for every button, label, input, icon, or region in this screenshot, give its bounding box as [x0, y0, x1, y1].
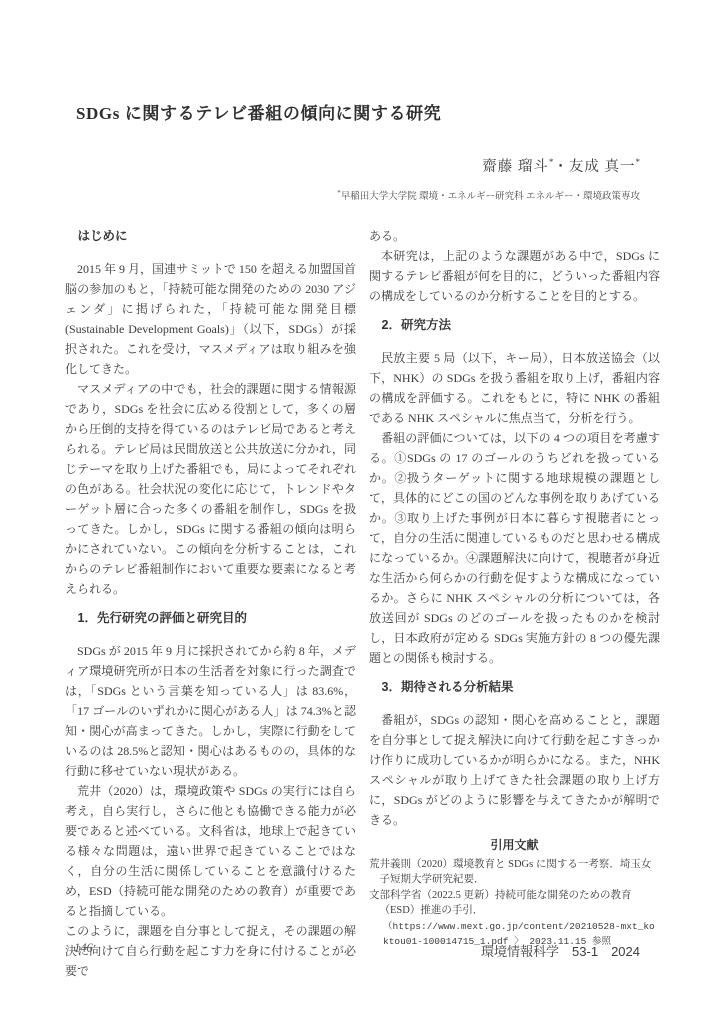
page-number: 146 — [74, 941, 93, 956]
paragraph: 荒井（2020）は，環境政策や SDGs の実行には自ら考え，自ら実行し，さらに… — [65, 781, 356, 921]
paragraph: SDGs が 2015 年 9 月に採択されてから約 8 年，メディア環境研究所… — [65, 641, 356, 781]
author-name-1: 齋藤 瑠斗 — [482, 159, 549, 175]
paragraph: マスメディアの中でも，社会的課題に関する情報源であり，SDGs を社会に広める役… — [65, 379, 356, 599]
two-column-body: はじめに 2015 年 9 月，国連サミットで 150 を超える加盟国首脳の参加… — [65, 226, 661, 981]
paragraph: 2015 年 9 月，国連サミットで 150 を超える加盟国首脳の参加のもと，「… — [65, 259, 356, 379]
author-separator: ・ — [553, 159, 569, 175]
paper-page: SDGs に関するテレビ番組の傾向に関する研究 齋藤 瑠斗*・友成 真一* *早… — [0, 0, 717, 1012]
heading-introduction: はじめに — [65, 226, 356, 246]
column-left: はじめに 2015 年 9 月，国連サミットで 150 を超える加盟国首脳の参加… — [65, 226, 356, 981]
references-heading: 引用文献 — [369, 838, 660, 854]
author-2-affiliation-mark: * — [636, 157, 641, 167]
reference-entry: 文部科学省（2022.5 更新）持続可能な開発のための教育（ESD）推進の手引． — [369, 888, 660, 919]
paragraph: 番組の評価については，以下の 4 つの項目を考慮する。①SDGs の 17 のゴ… — [369, 428, 660, 668]
paragraph: 民放主要 5 局（以下，キー局），日本放送協会（以下，NHK）の SDGs を扱… — [369, 348, 660, 428]
journal-footer: 環境情報科学 53-1 2024 — [481, 941, 640, 960]
paragraph-continuation: ある。 — [369, 226, 660, 246]
heading-section-3: 3．期待される分析結果 — [369, 677, 660, 697]
column-right: ある。 本研究は，上記のような課題がある中で，SDGs に関するテレビ番組が何を… — [369, 226, 660, 981]
heading-section-1: 1．先行研究の評価と研究目的 — [65, 608, 356, 628]
paragraph: 本研究は，上記のような課題がある中で，SDGs に関するテレビ番組が何を目的に，… — [369, 246, 660, 306]
authors-line: 齋藤 瑠斗*・友成 真一* — [482, 155, 640, 176]
affiliation-line: *早稲田大学大学院 環境・エネルギー研究科 エネルギー・環境政策専攻 — [337, 188, 640, 202]
references-section: 引用文献 荒井義則（2020）環境教育と SDGs に関する一考察．埼玉女子短期… — [369, 838, 660, 950]
affiliation-text: 早稲田大学大学院 環境・エネルギー研究科 エネルギー・環境政策専攻 — [341, 192, 640, 202]
paragraph: 番組が，SDGs の認知・関心を高めることと，課題を自分事として捉え解決に向けて… — [369, 710, 660, 830]
paragraph: このように，課題を自分事として捉え，その課題の解決に向けて自ら行動を起こす力を身… — [65, 921, 356, 981]
heading-section-2: 2．研究方法 — [369, 315, 660, 335]
reference-entry: 荒井義則（2020）環境教育と SDGs に関する一考察．埼玉女子短期大学研究紀… — [369, 857, 660, 888]
author-name-2: 友成 真一 — [569, 159, 636, 175]
paper-title: SDGs に関するテレビ番組の傾向に関する研究 — [76, 99, 441, 124]
